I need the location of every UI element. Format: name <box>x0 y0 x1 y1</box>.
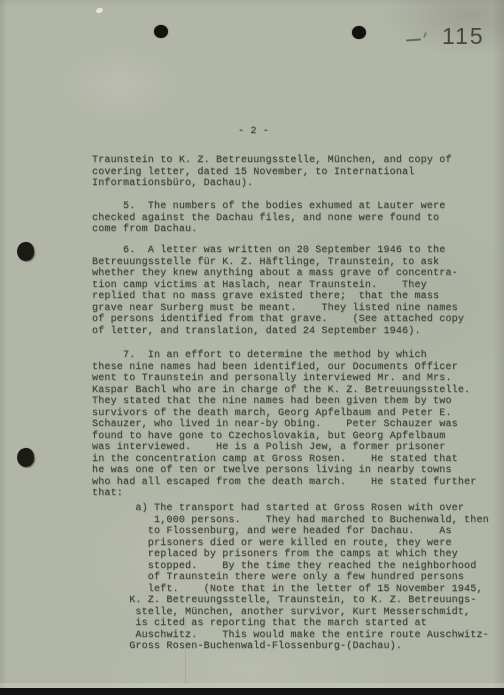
paragraph-6: 6. A letter was written on 20 September … <box>92 245 464 337</box>
paragraph-5: 5. The numbers of the bodies exhumed at … <box>92 201 445 236</box>
archive-page-number-stamp: 115 <box>442 23 485 50</box>
scanned-document-page: 115 - 2 - Traunstein to K. Z. Betreuungs… <box>0 0 504 695</box>
binding-hole-upper <box>15 241 35 263</box>
paragraph-7: 7. In an effort to determine the method … <box>92 350 476 500</box>
pencil-mark-dash <box>406 38 421 41</box>
binding-hole-lower <box>15 447 35 469</box>
paper-speck <box>95 7 103 14</box>
subparagraph-a: a) The transport had started at Gross Ro… <box>92 503 489 653</box>
paragraph-4-continuation: Traunstein to K. Z. Betreuungsstelle, Mü… <box>92 155 452 190</box>
scan-bottom-edge <box>0 688 504 695</box>
typed-page-number: - 2 - <box>238 126 269 137</box>
hole-punch-right <box>352 26 366 39</box>
pencil-mark-tick <box>423 32 427 38</box>
hole-punch-left <box>154 25 168 38</box>
